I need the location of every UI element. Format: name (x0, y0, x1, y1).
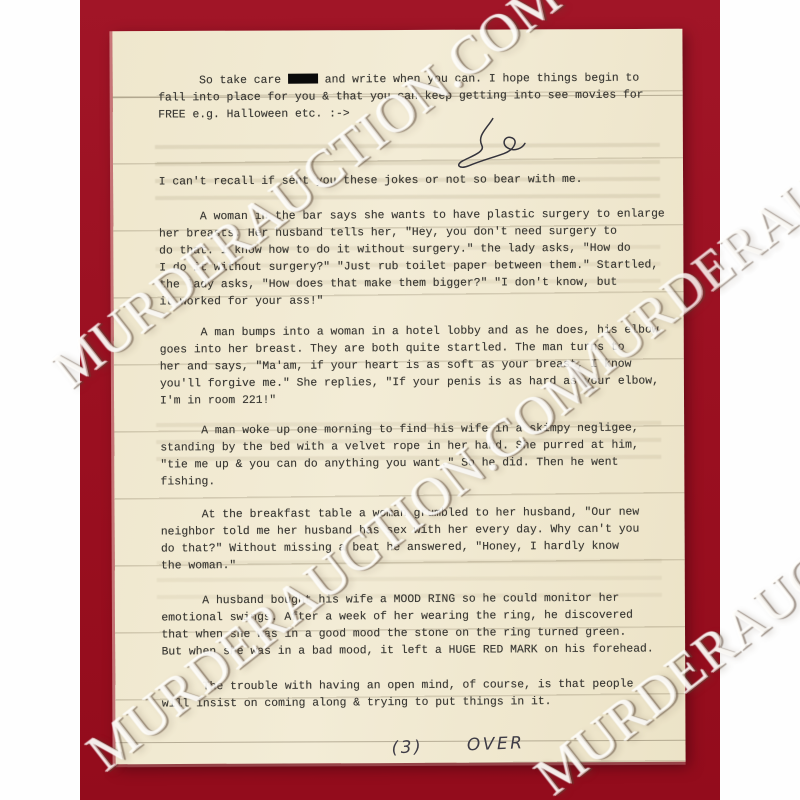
handwritten-page-note: (3) OVER (391, 733, 525, 758)
auction-photo: So take care and write when you can. I h… (0, 0, 800, 800)
paragraph-joke-velvet-rope: A man woke up one morning to find his wi… (160, 420, 672, 491)
paragraph-joke-plastic-surgery: A woman in the bar says she wants to hav… (159, 206, 672, 311)
letter-page: So take care and write when you can. I h… (112, 29, 685, 764)
typed-letter-body: So take care and write when you can. I h… (158, 70, 674, 713)
paragraph-joke-open-mind: The trouble with having an open mind, of… (162, 676, 674, 713)
paragraph-joke-breakfast-table: At the breakfast table a woman grumbled … (161, 504, 673, 575)
paragraph-jokes-intro: I can't recall if sent you these jokes o… (159, 171, 671, 191)
paragraph-joke-mood-ring: A husband bought his wife a MOOD RING so… (161, 590, 673, 661)
paragraph-closing: So take care and write when you can. I h… (158, 70, 670, 124)
closing-text-before-redaction: So take care (158, 75, 288, 88)
redaction-box (288, 74, 318, 84)
red-mat-background: So take care and write when you can. I h… (80, 0, 720, 800)
signature-scribble (449, 115, 529, 171)
paragraph-joke-hotel-lobby: A man bumps into a woman in a hotel lobb… (160, 322, 673, 410)
